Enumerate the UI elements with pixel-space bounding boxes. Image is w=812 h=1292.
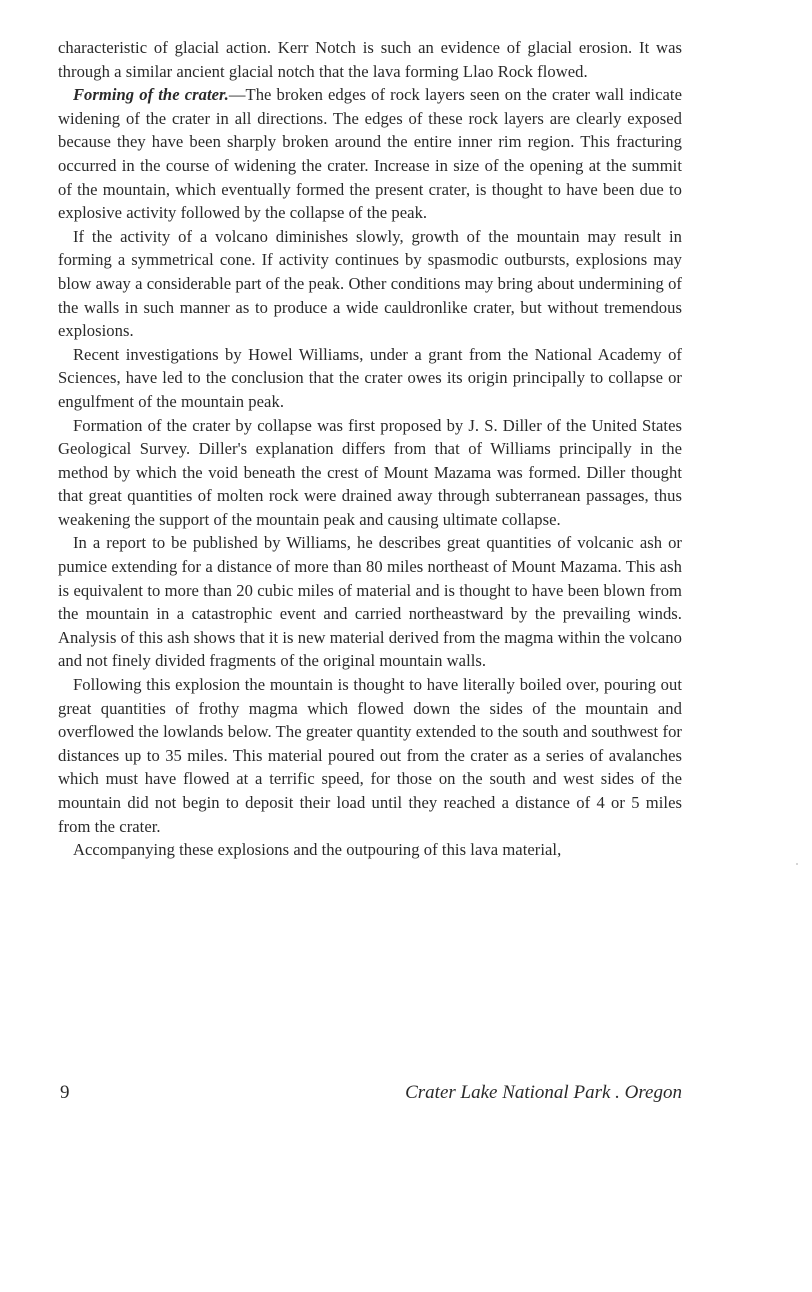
paragraph-text: Accompanying these explosions and the ou… bbox=[73, 840, 561, 859]
section-lead-heading: Forming of the crater. bbox=[73, 85, 229, 104]
paragraph-forming-of-crater: Forming of the crater.—The broken edges … bbox=[58, 83, 682, 225]
paragraph-diller-collapse: Formation of the crater by collapse was … bbox=[58, 414, 682, 532]
paragraph-williams-investigations: Recent investigations by Howel Williams,… bbox=[58, 343, 682, 414]
paragraph-glacial-action: characteristic of glacial action. Kerr N… bbox=[58, 36, 682, 83]
page-body: characteristic of glacial action. Kerr N… bbox=[58, 36, 682, 862]
scan-speck bbox=[796, 863, 798, 865]
running-title: Crater Lake National Park . Oregon bbox=[405, 1082, 682, 1104]
paragraph-explosion-aftermath: Following this explosion the mountain is… bbox=[58, 673, 682, 838]
paragraph-volcano-activity: If the activity of a volcano diminishes … bbox=[58, 225, 682, 343]
paragraph-text: Formation of the crater by collapse was … bbox=[58, 416, 682, 529]
paragraph-text: Following this explosion the mountain is… bbox=[58, 675, 682, 836]
paragraph-text: characteristic of glacial action. Kerr N… bbox=[58, 38, 682, 81]
paragraph-text: If the activity of a volcano diminishes … bbox=[58, 227, 682, 340]
paragraph-text: In a report to be published by Williams,… bbox=[58, 533, 682, 670]
paragraph-text: —The broken edges of rock layers seen on… bbox=[58, 85, 682, 222]
paragraph-volcanic-ash: In a report to be published by Williams,… bbox=[58, 531, 682, 673]
paragraph-accompanying: Accompanying these explosions and the ou… bbox=[58, 838, 682, 862]
paragraph-text: Recent investigations by Howel Williams,… bbox=[58, 345, 682, 411]
page-number: 9 bbox=[60, 1082, 70, 1104]
page-footer: 9 Crater Lake National Park . Oregon bbox=[58, 1082, 682, 1112]
